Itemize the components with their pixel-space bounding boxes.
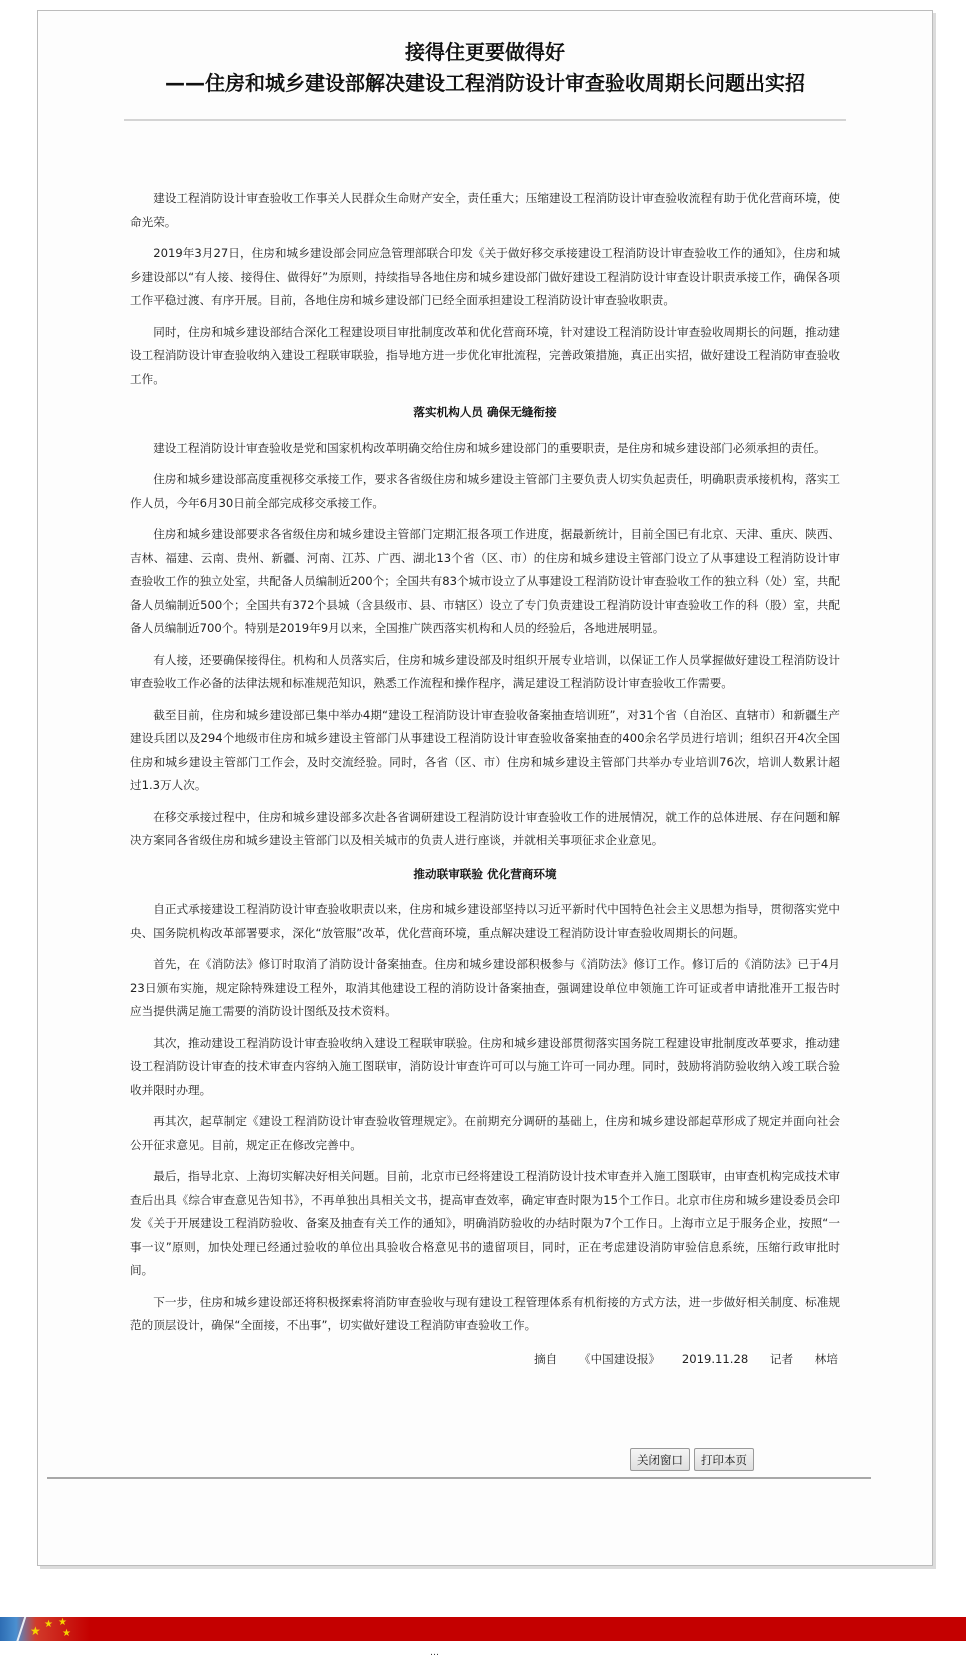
paragraph: 自正式承接建设工程消防设计审查验收职责以来，住房和城乡建设部坚持以习近平新时代中… (130, 898, 840, 945)
article-title-main: 接得住更要做得好 (124, 37, 846, 68)
footer-banner: ★ ★ ★ ★ (0, 1617, 966, 1641)
source-date: 2019.11.28 (682, 1352, 748, 1366)
paragraph: 同时，住房和城乡建设部结合深化工程建设项目审批制度改革和优化营商环境，针对建设工… (130, 321, 840, 392)
article-frame: 接得住更要做得好 ——住房和城乡建设部解决建设工程消防设计审查验收周期长问题出实… (37, 10, 933, 1566)
paragraph: 建设工程消防设计审查验收是党和国家机构改革明确交给住房和城乡建设部门的重要职责，… (130, 437, 840, 461)
source-reporter-label: 记者 (770, 1352, 793, 1366)
paragraph: 最后，指导北京、上海切实解决好相关问题。目前，北京市已经将建设工程消防设计技术审… (130, 1165, 840, 1283)
paragraph: 建设工程消防设计审查验收工作事关人民群众生命财产安全，责任重大；压缩建设工程消防… (130, 187, 840, 234)
title-divider (124, 119, 846, 121)
paragraph: 住房和城乡建设部要求各省级住房和城乡建设主管部门定期汇报各项工作进度，据最新统计… (130, 523, 840, 641)
flag-icon: ★ ★ ★ ★ (0, 1617, 90, 1641)
article-title-block: 接得住更要做得好 ——住房和城乡建设部解决建设工程消防设计审查验收周期长问题出实… (124, 37, 846, 99)
paragraph: 在移交承接过程中，住房和城乡建设部多次赴各省调研建设工程消防设计审查验收工作的进… (130, 806, 840, 853)
source-publication: 《中国建设报》 (579, 1352, 660, 1366)
action-buttons: 关闭窗口 打印本页 (630, 1448, 754, 1471)
section-heading: 落实机构人员 确保无缝衔接 (130, 401, 840, 425)
article-body: 建设工程消防设计审查验收工作事关人民群众生命财产安全，责任重大；压缩建设工程消防… (130, 187, 840, 1383)
article-source: 摘自 《中国建设报》 2019.11.28 记者 林培 (130, 1348, 840, 1372)
paragraph: 2019年3月27日，住房和城乡建设部会同应急管理部联合印发《关于做好移交承接建… (130, 242, 840, 313)
paragraph: 有人接，还要确保接得住。机构和人员落实后，住房和城乡建设部及时组织开展专业培训，… (130, 649, 840, 696)
star-icon: ★ (30, 1626, 41, 1636)
section-heading: 推动联审联验 优化营商环境 (130, 863, 840, 887)
star-icon: ★ (44, 1620, 53, 1630)
footer-text: … (430, 1648, 439, 1658)
bottom-divider (47, 1477, 871, 1479)
source-prefix: 摘自 (534, 1352, 557, 1366)
star-icon: ★ (62, 1629, 71, 1639)
print-page-button[interactable]: 打印本页 (694, 1448, 754, 1471)
star-icon: ★ (58, 1618, 67, 1628)
paragraph: 截至目前，住房和城乡建设部已集中举办4期“建设工程消防设计审查验收备案抽查培训班… (130, 704, 840, 798)
paragraph: 首先，在《消防法》修订时取消了消防设计备案抽查。住房和城乡建设部积极参与《消防法… (130, 953, 840, 1024)
source-reporter: 林培 (815, 1352, 838, 1366)
paragraph: 再其次，起草制定《建设工程消防设计审查验收管理规定》。在前期充分调研的基础上，住… (130, 1110, 840, 1157)
flagpole-icon (15, 1617, 27, 1641)
paragraph: 其次，推动建设工程消防设计审查验收纳入建设工程联审联验。住房和城乡建设部贯彻落实… (130, 1032, 840, 1103)
paragraph: 住房和城乡建设部高度重视移交承接工作，要求各省级住房和城乡建设主管部门主要负责人… (130, 468, 840, 515)
paragraph: 下一步，住房和城乡建设部还将积极探索将消防审查验收与现有建设工程管理体系有机衔接… (130, 1291, 840, 1338)
article-title-sub: ——住房和城乡建设部解决建设工程消防设计审查验收周期长问题出实招 (124, 68, 846, 99)
close-window-button[interactable]: 关闭窗口 (630, 1448, 690, 1471)
